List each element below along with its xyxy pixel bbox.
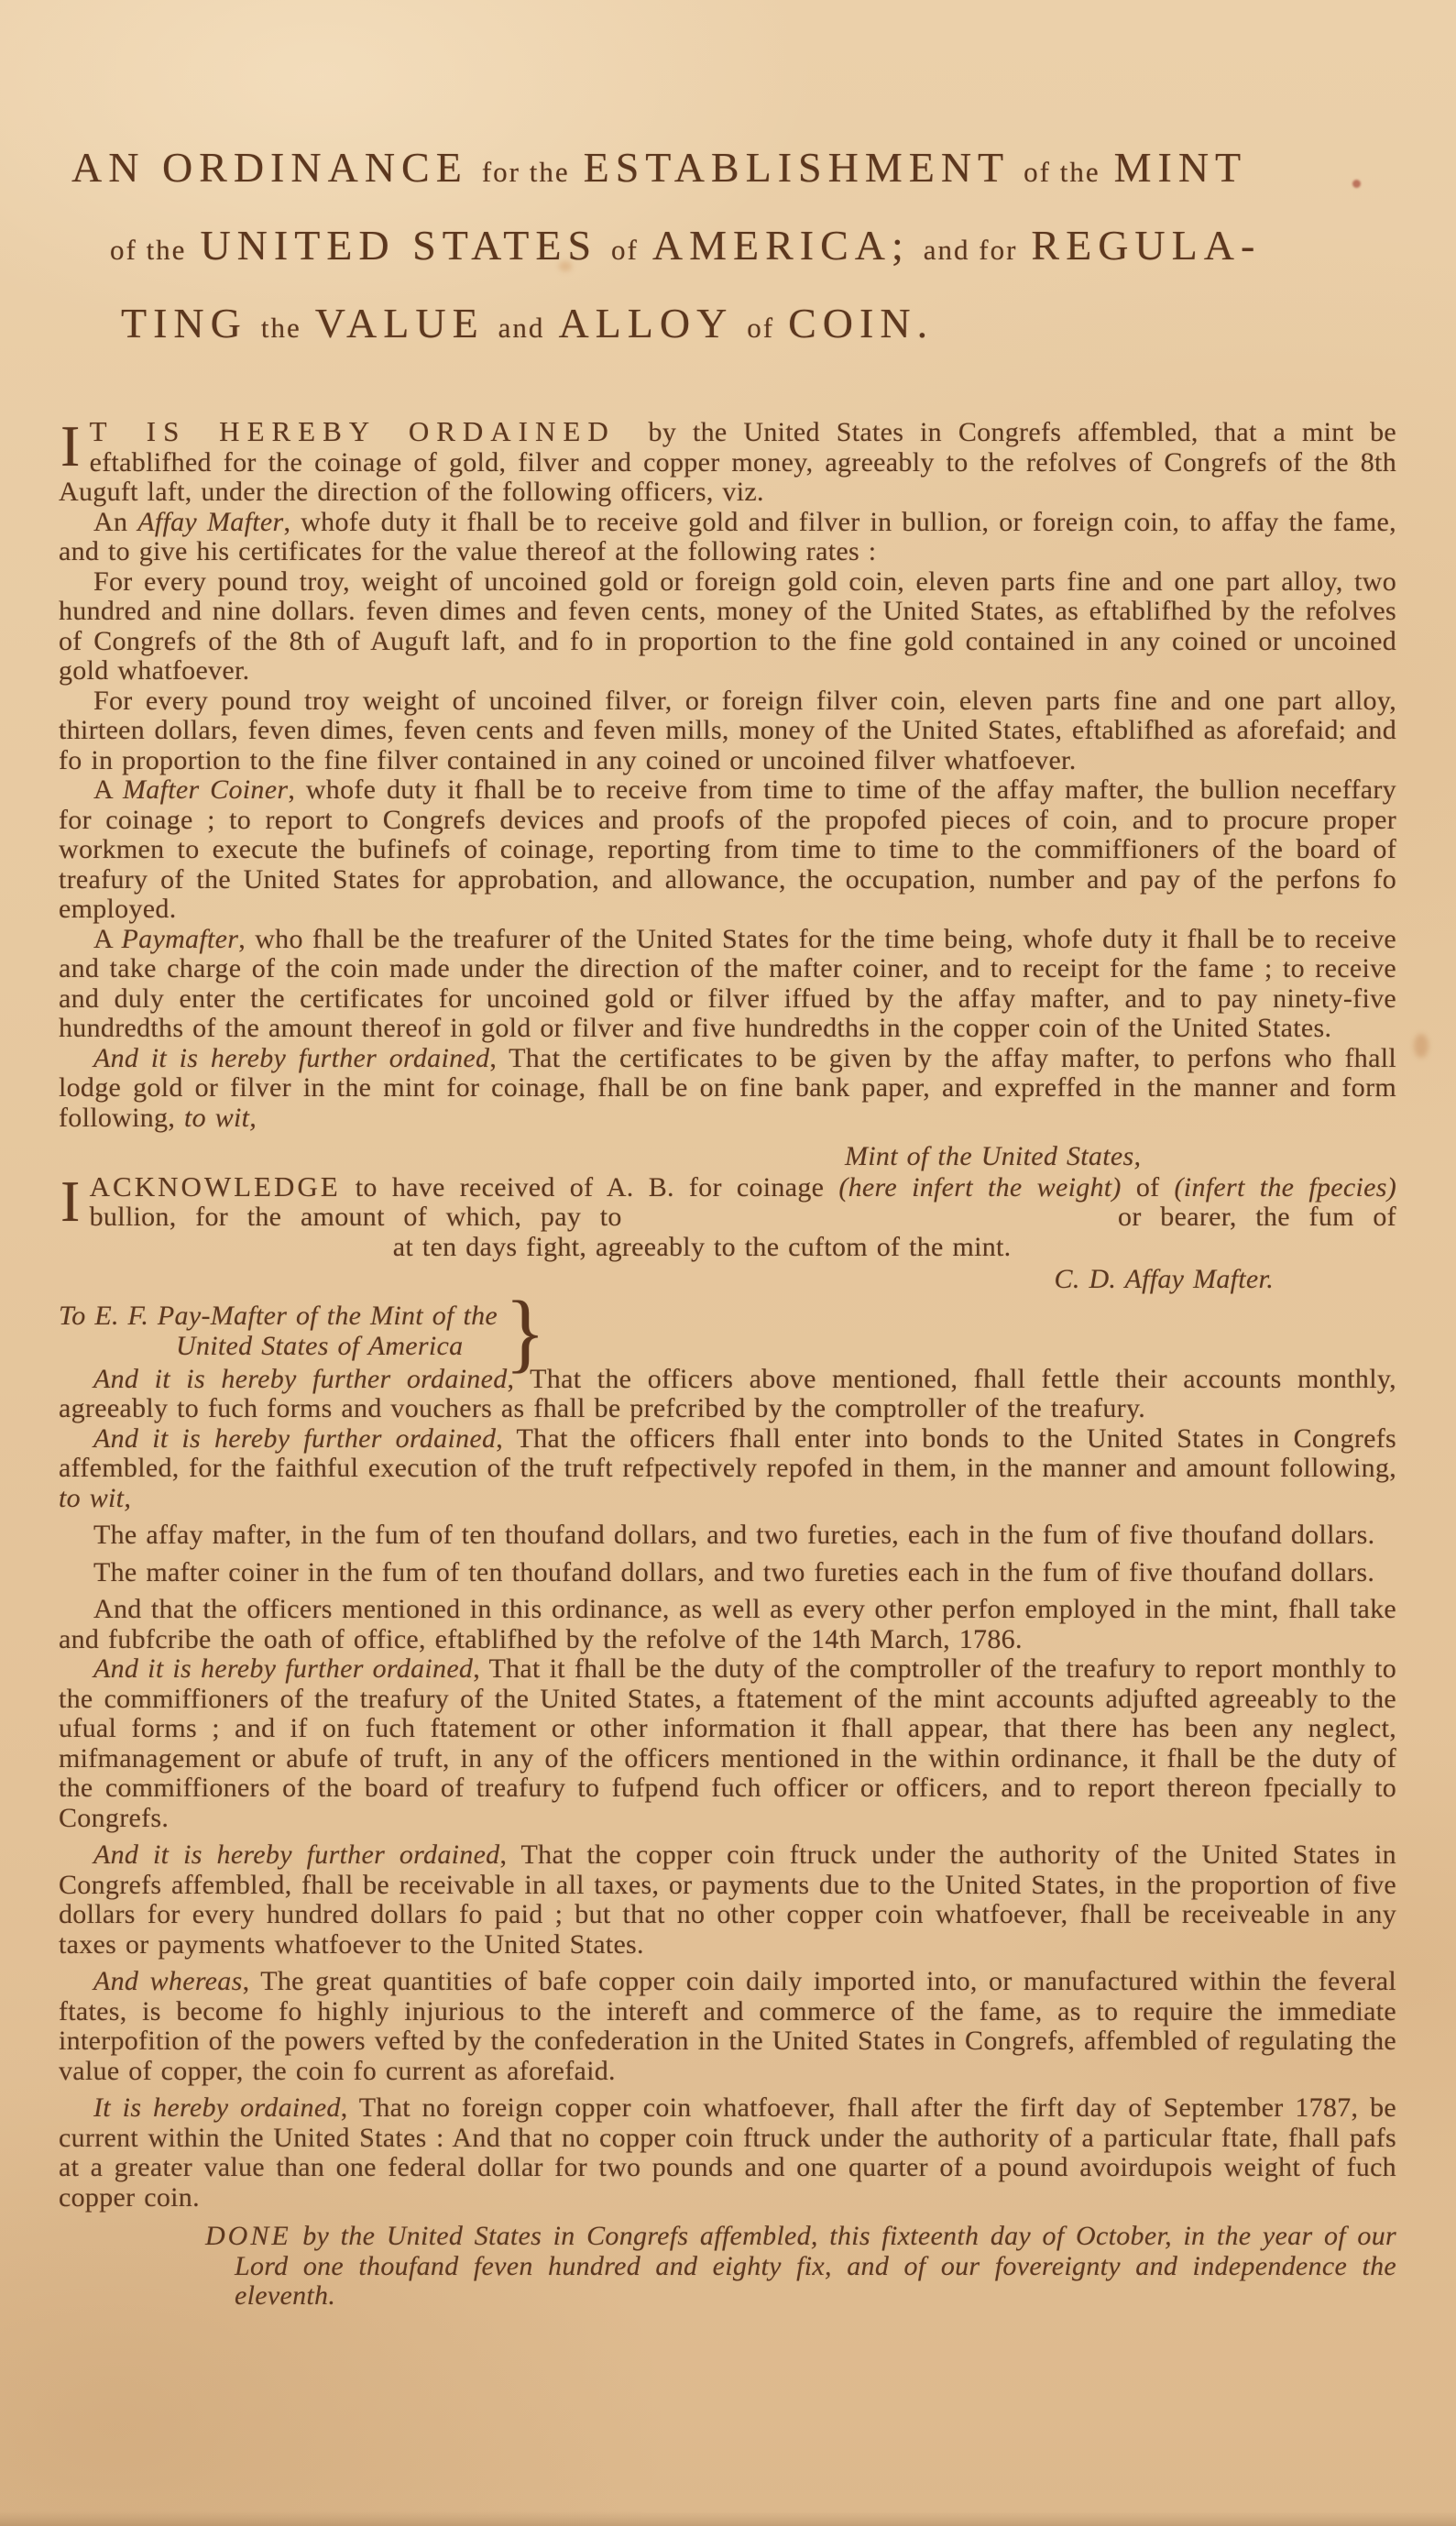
- address-line-1: To E. F. Pay-Mafter of the Mint of the: [59, 1301, 498, 1332]
- address-text: To E. F. Pay-Mafter of the Mint of the: [59, 1301, 498, 1331]
- drop-cap-initial: I: [59, 1172, 90, 1225]
- title-text: AMERICA;: [652, 222, 910, 269]
- signature-text: C. D. Affay Mafter.: [1055, 1264, 1274, 1294]
- paragraph-assay-master-bond: The affay mafter, in the fum of ten thou…: [59, 1521, 1396, 1551]
- certificate-text: or bearer, the fum of: [1099, 1202, 1396, 1232]
- ordained-lead: And it is hereby further ordained: [93, 1840, 499, 1870]
- certificate-text: at ten days fight, agreeably to the cuft…: [384, 1232, 1011, 1262]
- paragraph-enacting-clause: IT IS HEREBY ORDAINED by the United Stat…: [59, 417, 1396, 508]
- drop-cap-initial: I: [59, 417, 90, 469]
- paragraph-master-coiner: A Mafter Coiner, whofe duty it fhall be …: [59, 775, 1396, 925]
- title-line-2: of theUNITED STATESofAMERICA;and forREGU…: [110, 221, 1401, 264]
- officer-title: Mafter Coiner: [123, 774, 288, 805]
- title-text: for the: [482, 156, 570, 188]
- paragraph-text: A: [93, 774, 123, 805]
- title-text: COIN.: [788, 300, 934, 346]
- document-body: IT IS HEREBY ORDAINED by the United Stat…: [59, 417, 1396, 2312]
- whereas-lead: And whereas: [93, 1966, 243, 1996]
- paragraph-master-coiner-bond: The mafter coiner in the fum of ten thou…: [59, 1558, 1396, 1588]
- paragraph-text: For every pound troy weight of uncoined …: [59, 686, 1396, 775]
- certificate-place-line: Mint of the United States,: [845, 1142, 1396, 1172]
- paragraph-oath-of-office: And that the officers mentioned in this …: [59, 1595, 1396, 1654]
- paragraph-assay-master: An Affay Mafter, whofe duty it fhall be …: [59, 508, 1396, 567]
- title-text: of: [747, 312, 774, 344]
- paymaster-address-block: To E. F. Pay-Mafter of the Mint of the U…: [59, 1299, 1396, 1365]
- paragraph-whereas-base-copper: And whereas, The great quantities of baf…: [59, 1967, 1396, 2086]
- certificate-block: Mint of the United States, IACKNOWLEDGE …: [59, 1142, 1396, 1365]
- certificate-text: to have received of A. B. for coinage: [341, 1172, 839, 1203]
- paragraph-text: , The great quantities of bafe copper co…: [59, 1966, 1396, 2086]
- ordained-lead: And it is hereby further ordained: [93, 1043, 489, 1073]
- paragraph-text: The mafter coiner in the fum of ten thou…: [93, 1557, 1374, 1587]
- paragraph-silver-rate: For every pound troy weight of uncoined …: [59, 686, 1396, 776]
- title-text: and for: [924, 234, 1018, 266]
- address-text: United States of America: [176, 1331, 463, 1361]
- title-text: of the: [110, 234, 186, 266]
- ordained-lead: It is hereby ordained: [93, 2092, 341, 2123]
- title-text: of the: [1024, 156, 1100, 188]
- acknowledge-caps: ACKNOWLEDGE: [90, 1170, 341, 1203]
- paragraph-copper-coin-taxes: And it is hereby further ordained, That …: [59, 1840, 1396, 1960]
- paragraph-comptroller-reports: And it is hereby further ordained, That …: [59, 1654, 1396, 1833]
- title-line-3: TINGtheVALUEandALLOYofCOIN.: [121, 299, 1401, 342]
- title-text: AN ORDINANCE: [71, 144, 468, 191]
- title-text: UNITED STATES: [200, 222, 597, 269]
- ordained-lead: And it is hereby further ordained: [93, 1423, 496, 1454]
- paragraph-text: An: [93, 507, 137, 537]
- insert-weight-note: (here infert the weight): [838, 1172, 1121, 1203]
- curly-brace: }: [505, 1297, 545, 1367]
- officer-title: Paymafter: [122, 924, 239, 954]
- paragraph-paymaster: A Paymafter, who fhall be the treafurer …: [59, 925, 1396, 1044]
- title-text: and: [498, 312, 545, 344]
- address-lines: To E. F. Pay-Mafter of the Mint of the U…: [59, 1301, 498, 1361]
- title-text: VALUE: [315, 300, 485, 346]
- paper-stain: [1414, 1034, 1429, 1058]
- certificate-text: of: [1122, 1172, 1175, 1203]
- paragraph-text: A: [93, 924, 122, 954]
- paragraph-gold-rate: For every pound troy, weight of uncoined…: [59, 567, 1396, 686]
- paragraph-foreign-copper-ban: It is hereby ordained, That no foreign c…: [59, 2093, 1396, 2213]
- paragraph-bonds: And it is hereby further ordained, That …: [59, 1424, 1396, 1514]
- title-text: MINT: [1114, 144, 1248, 191]
- ordained-lead: And it is hereby further ordained: [93, 1364, 508, 1394]
- title-text: the: [261, 312, 301, 344]
- certificate-place: Mint of the United States,: [845, 1141, 1141, 1171]
- assay-master-signature: C. D. Affay Mafter.: [59, 1265, 1396, 1295]
- done-text: by the United States in Congrefs affembl…: [235, 2221, 1396, 2311]
- paragraph-text: The affay mafter, in the fum of ten thou…: [93, 1520, 1374, 1550]
- paragraph-settle-accounts: And it is hereby further ordained, That …: [59, 1365, 1396, 1424]
- title-text: of: [611, 234, 639, 266]
- title-text: ESTABLISHMENT: [584, 144, 1011, 191]
- title-text: REGULA-: [1031, 222, 1261, 269]
- to-wit: to wit,: [184, 1103, 257, 1133]
- ordained-lead: And it is hereby further ordained: [93, 1653, 473, 1684]
- certificate-text: bullion, for the amount of which, pay to: [90, 1202, 641, 1232]
- done-caps: DONE: [205, 2221, 291, 2251]
- document-page: AN ORDINANCEfor theESTABLISHMENTof theMI…: [0, 0, 1456, 2526]
- title-text: ALLOY: [558, 300, 733, 346]
- title-line-1: AN ORDINANCEfor theESTABLISHMENTof theMI…: [71, 143, 1401, 186]
- certificate-form: IACKNOWLEDGE to have received of A. B. f…: [59, 1172, 1396, 1263]
- paragraph-certificates-clause: And it is hereby further ordained, That …: [59, 1044, 1396, 1134]
- paragraph-text: For every pound troy, weight of uncoined…: [59, 566, 1396, 686]
- insert-species-note: (infert the fpecies): [1175, 1172, 1397, 1203]
- officer-title: Affay Mafter: [137, 507, 283, 537]
- to-wit: to wit,: [59, 1483, 131, 1513]
- address-line-2: United States of America: [176, 1332, 498, 1362]
- paragraph-text: And that the officers mentioned in this …: [59, 1594, 1396, 1654]
- done-attestation: DONE by the United States in Congrefs af…: [59, 2222, 1396, 2312]
- enacting-caps: T IS HEREBY ORDAINED: [90, 415, 649, 447]
- paragraph-text: , who fhall be the treafurer of the Unit…: [59, 924, 1396, 1044]
- title-text: TING: [121, 300, 247, 346]
- document-title: AN ORDINANCEfor theESTABLISHMENTof theMI…: [59, 143, 1401, 342]
